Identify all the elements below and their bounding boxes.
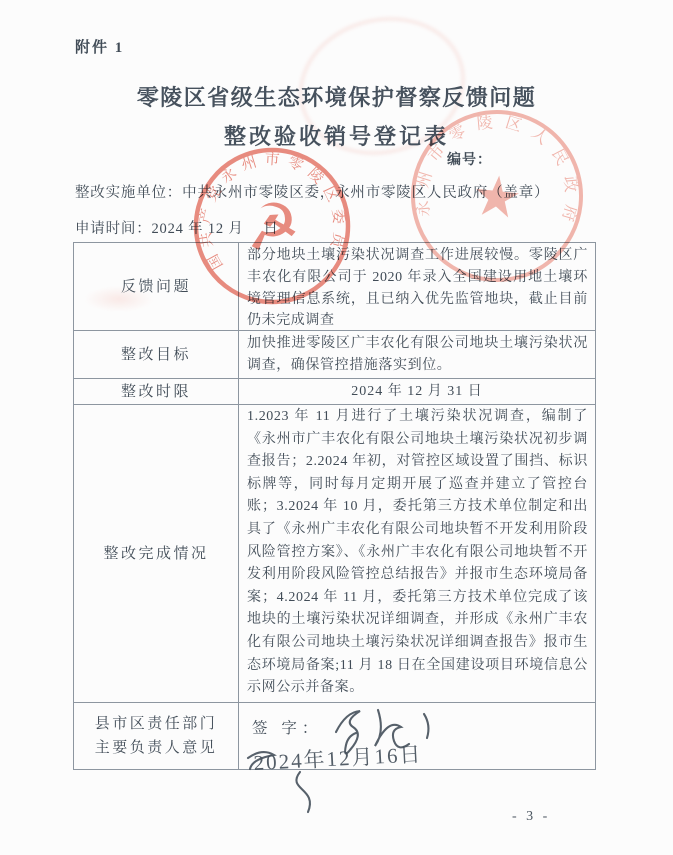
page-number: - 3 - <box>512 809 550 825</box>
cell-completion-status: 1.2023 年 11 月进行了土壤污染状况调查，编制了《永州市广丰农化有限公司… <box>239 405 595 703</box>
row-label-deadline: 整改时限 <box>74 379 239 405</box>
sign-here-label: 签 字： <box>252 716 322 738</box>
row-label-text: 整改完成情况 <box>103 542 208 566</box>
registration-table: 反馈问题 部分地块土壤污染状况调查工作进展较慢。零陵区广丰农化有限公司于 202… <box>73 242 596 770</box>
document-title: 零陵区省级生态环境保护督察反馈问题 整改验收销号登记表 <box>0 78 673 156</box>
signature-tail-stroke <box>296 772 310 812</box>
row-label-feedback-issue: 反馈问题 <box>74 243 239 331</box>
cell-deadline: 2024 年 12 月 31 日 <box>239 379 595 405</box>
row-label-text: 反馈问题 <box>121 275 191 299</box>
row-label-line-2: 主要负责人意见 <box>95 736 218 760</box>
cell-feedback-issue: 部分地块土壤污染状况调查工作进展较慢。零陵区广丰农化有限公司于 2020 年录入… <box>239 243 595 331</box>
implementing-unit-line: 整改实施单位：中共永州市零陵区委，永州市零陵区人民政府（盖章） <box>75 181 549 202</box>
serial-number-label: 编号： <box>447 149 492 169</box>
row-label-line-1: 县市区责任部门 <box>95 712 218 736</box>
row-label-completion-status: 整改完成情况 <box>74 405 239 703</box>
row-label-rectification-goal: 整改目标 <box>74 331 239 379</box>
cell-signature: 签 字： <box>239 703 595 769</box>
title-line-2: 整改验收销号登记表 <box>0 117 673 156</box>
cell-rectification-goal: 加快推进零陵区广丰农化有限公司地块土壤污染状况调查，确保管控措施落实到位。 <box>239 331 595 379</box>
scanned-document-page: 附件 1 零陵区省级生态环境保护督察反馈问题 整改验收销号登记表 编号： 整改实… <box>0 0 673 855</box>
attachment-label: 附件 1 <box>75 36 124 57</box>
row-label-responsible-opinion: 县市区责任部门 主要负责人意见 <box>74 703 239 769</box>
row-label-text: 整改时限 <box>121 380 191 404</box>
title-line-1: 零陵区省级生态环境保护督察反馈问题 <box>0 78 673 117</box>
application-time-line: 申请时间：2024 年 12 月 日 <box>75 217 279 238</box>
row-label-text: 整改目标 <box>121 343 191 367</box>
